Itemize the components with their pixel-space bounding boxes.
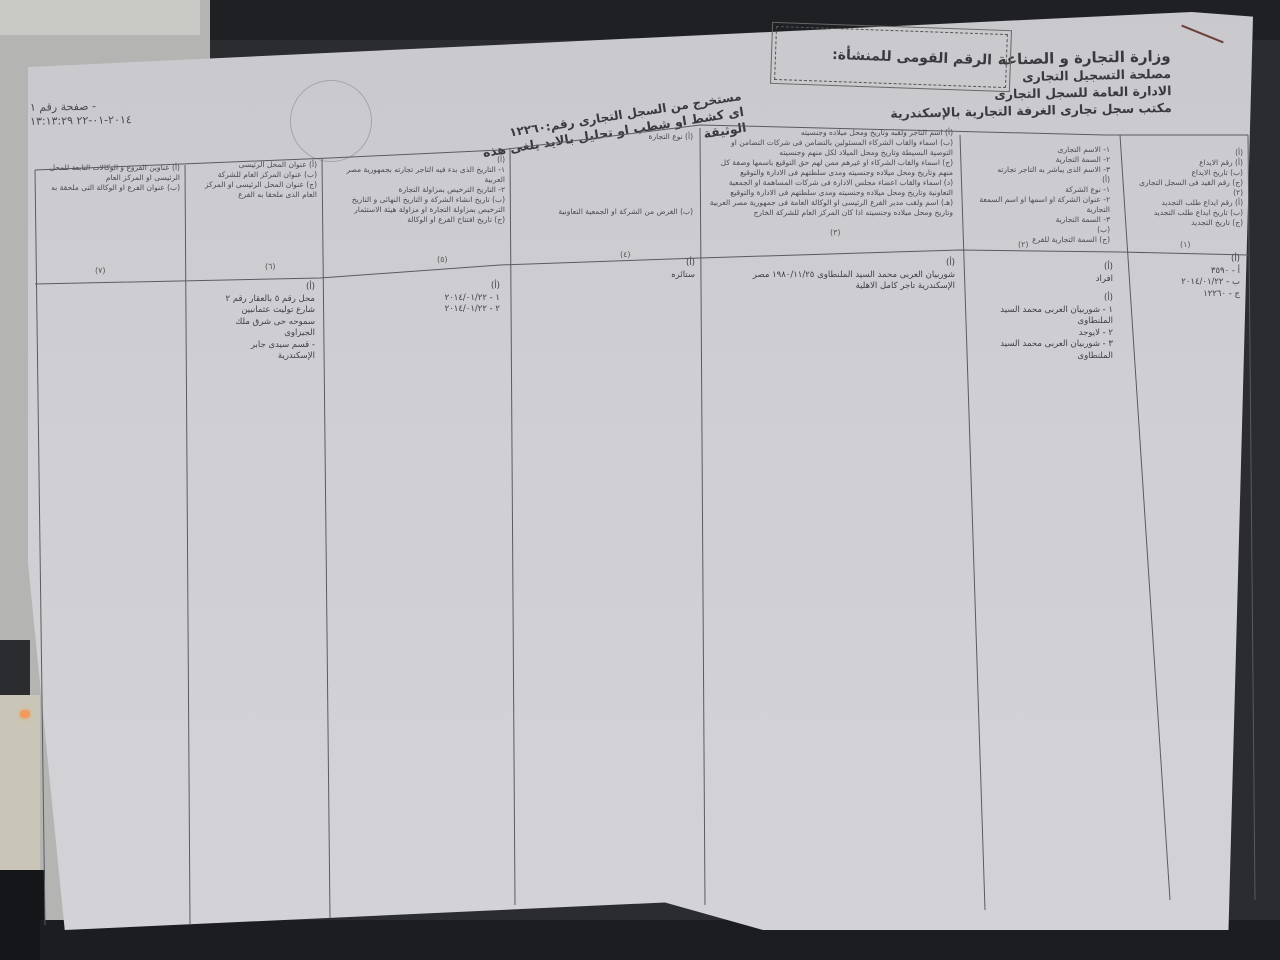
header-line: (ب) عنوان الفرع او الوكالة التى ملحقة به (45, 183, 180, 193)
register-number: ج - ١٢٢٦٠ (1130, 289, 1240, 301)
header-line: (ج) السمة التجارية للفرع (965, 235, 1110, 245)
desk-object (0, 640, 30, 695)
header-line: (ب) الغرض من الشركة او الجمعية التعاونية (518, 207, 693, 217)
trade-name: ١ - شوربيان العربى محمد السيد الملنطاوى (980, 305, 1113, 328)
header-line: (أ) (330, 155, 505, 165)
column-7-number: (٧) (95, 266, 106, 275)
column-1-header: (أ) (أ) رقم الايداع (ب) تاريخ الايداع (ج… (1125, 148, 1243, 228)
column-3-header: (أ) اسم التاجر ولقبه وتاريخ ومحل ميلاده … (708, 128, 953, 218)
header-line: (ب) تاريخ الايداع (1125, 168, 1243, 178)
start-date: ١ - ٢٠١٤/٠١/٢٢ (400, 293, 500, 305)
header-line: (ب) اسماء والقاب الشركاء المسئولين بالتض… (708, 138, 953, 158)
header-line: (أ) (1125, 148, 1243, 158)
header-line: ٢- عنوان الشركة او اسمها او اسم السمعة ا… (965, 195, 1110, 215)
header-line: (د) اسماء والقاب اعضاء مجلس الادارة فى ش… (708, 178, 953, 198)
header-line: ١- الاسم التجارى (965, 145, 1110, 155)
header-line: ٢- التاريخ الترخيص بمزاولة التجارة (330, 185, 505, 195)
trade-type: ستائره (610, 270, 695, 282)
column-4-header: (أ) نوع التجارة (ب) الغرض من الشركة او ا… (518, 132, 693, 217)
column-5-number: (٥) (437, 255, 448, 264)
column-3-number: (٣) (830, 228, 841, 237)
entity-type: افراد (980, 274, 1113, 286)
trader-identity: شوربيان العربى محمد السيد الملنطاوى ١٩٨٠… (720, 270, 955, 282)
header-line: ١- التاريخ الذى بدء فيه التاجر تجارته بج… (330, 165, 505, 185)
column-5-header: (أ) ١- التاريخ الذى بدء فيه التاجر تجارت… (330, 155, 505, 225)
desk-object (0, 870, 45, 960)
led-indicator-icon (20, 710, 30, 718)
header-line: ٢- السمة التجارية (965, 155, 1110, 165)
deposit-number: أ - ٣٥٩٠ (1130, 266, 1240, 278)
column-1-number: (١) (1180, 240, 1191, 249)
address-city: الإسكندرية (215, 351, 315, 363)
header-line: (ج) عنوان المحل الرئيسى او المركز العام … (192, 180, 317, 200)
value-line: (أ) (400, 281, 500, 293)
header-line: (ب) (965, 225, 1110, 235)
header-line: ٣- السمة التجارية (965, 215, 1110, 225)
header-line: ٣- الاسم الذى يباشر به التاجر تجارته (965, 165, 1110, 175)
value-line: (أ) (610, 258, 695, 270)
header-line: (أ) نوع التجارة (518, 132, 693, 142)
seal-stamp-icon (290, 80, 372, 162)
header-line: (أ) رقم ايداع طلب التجديد (1125, 198, 1243, 208)
print-timestamp: ٢٠١٤-٠١-٢٢ ١٣:١٣:٢٩ (30, 113, 132, 129)
header-line: (٢) (1125, 188, 1243, 198)
header-line: (ب) تاريخ ايداع طلب التجديد (1125, 208, 1243, 218)
header-line: (ج) تاريخ التجديد (1125, 218, 1243, 228)
address-line: - قسم سيدى جابر (215, 340, 315, 352)
national-number-box: الرقم القومى للمنشأة: (774, 26, 1008, 88)
header-line: (ج) تاريخ افتتاح الفرع او الوكالة (330, 215, 505, 225)
header-line: (ج) اسماء والقاب الشركاء او غيرهم ممن له… (708, 158, 953, 178)
column-2-values: (أ) افراد (أ) ١ - شوربيان العربى محمد ال… (980, 262, 1113, 362)
trader-capacity: الإسكندرية تاجر كامل الاهلية (720, 281, 955, 293)
column-3-values: (أ) شوربيان العربى محمد السيد الملنطاوى … (720, 258, 955, 293)
header-line: (ب) تاريخ انشاء الشركة و التاريخ النهائى… (330, 195, 505, 215)
column-4-values: (أ) ستائره (610, 258, 695, 281)
column-2-number: (٢) (1018, 240, 1029, 249)
header-line: (أ) اسم التاجر ولقبه وتاريخ ومحل ميلاده … (708, 128, 953, 138)
device-panel (0, 695, 40, 870)
column-5-values: (أ) ١ - ٢٠١٤/٠١/٢٢ ٢ - ٢٠١٤/٠١/٢٢ (400, 281, 500, 316)
header-line: (ج) رقم القيد فى السجل التجارى (1125, 178, 1243, 188)
column-6-header: (أ) عنوان المحل الرئيسى (ب) عنوان المركز… (192, 160, 317, 200)
column-7-header: (أ) عناوين الفروع و الوكالات التابعة للم… (45, 163, 180, 193)
header-line: ١- نوع الشركة (965, 185, 1110, 195)
national-number-label: الرقم القومى للمنشأة: (832, 47, 992, 69)
column-2-header: ١- الاسم التجارى ٢- السمة التجارية ٣- ال… (965, 145, 1110, 245)
address-line: سموحه حى شرق ملك الجيزاوى (215, 317, 315, 340)
column-1-values: (أ) أ - ٣٥٩٠ ب - ٢٠١٤/٠١/٢٢ ج - ١٢٢٦٠ (1130, 254, 1240, 300)
header-line: (هـ) اسم ولقب مدير الفرع الرئيسى او الوك… (708, 198, 953, 218)
value-line: (أ) (720, 258, 955, 270)
header-line: (ب) عنوان المركز العام للشركة (192, 170, 317, 180)
underlying-note (0, 0, 200, 35)
header-line: (أ) عناوين الفروع و الوكالات التابعة للم… (45, 163, 180, 183)
value-line: (أ) (1130, 254, 1240, 266)
column-6-values: (أ) محل رقم ٥ بالعقار رقم ٢ شارع توليت ع… (215, 282, 315, 363)
column-6-number: (٦) (265, 262, 276, 271)
trader-name: ٣ - شوربيان العربى محمد السيد الملنطاوى (980, 339, 1113, 362)
header-line: (أ) (965, 175, 1110, 185)
page-info: - صفحة رقم ١ ٢٠١٤-٠١-٢٢ ١٣:١٣:٢٩ (30, 99, 132, 129)
header-line: (أ) عنوان المحل الرئيسى (192, 160, 317, 170)
license-date: ٢ - ٢٠١٤/٠١/٢٢ (400, 304, 500, 316)
deposit-date: ب - ٢٠١٤/٠١/٢٢ (1130, 277, 1240, 289)
value-line: (أ) (980, 262, 1113, 274)
value-line: (أ) (215, 282, 315, 294)
trade-mark: ٢ - لايوجد (980, 328, 1113, 340)
value-line: (أ) (980, 293, 1113, 305)
header-line: (أ) رقم الايداع (1125, 158, 1243, 168)
address-line: محل رقم ٥ بالعقار رقم ٢ شارع توليت عثمان… (215, 294, 315, 317)
